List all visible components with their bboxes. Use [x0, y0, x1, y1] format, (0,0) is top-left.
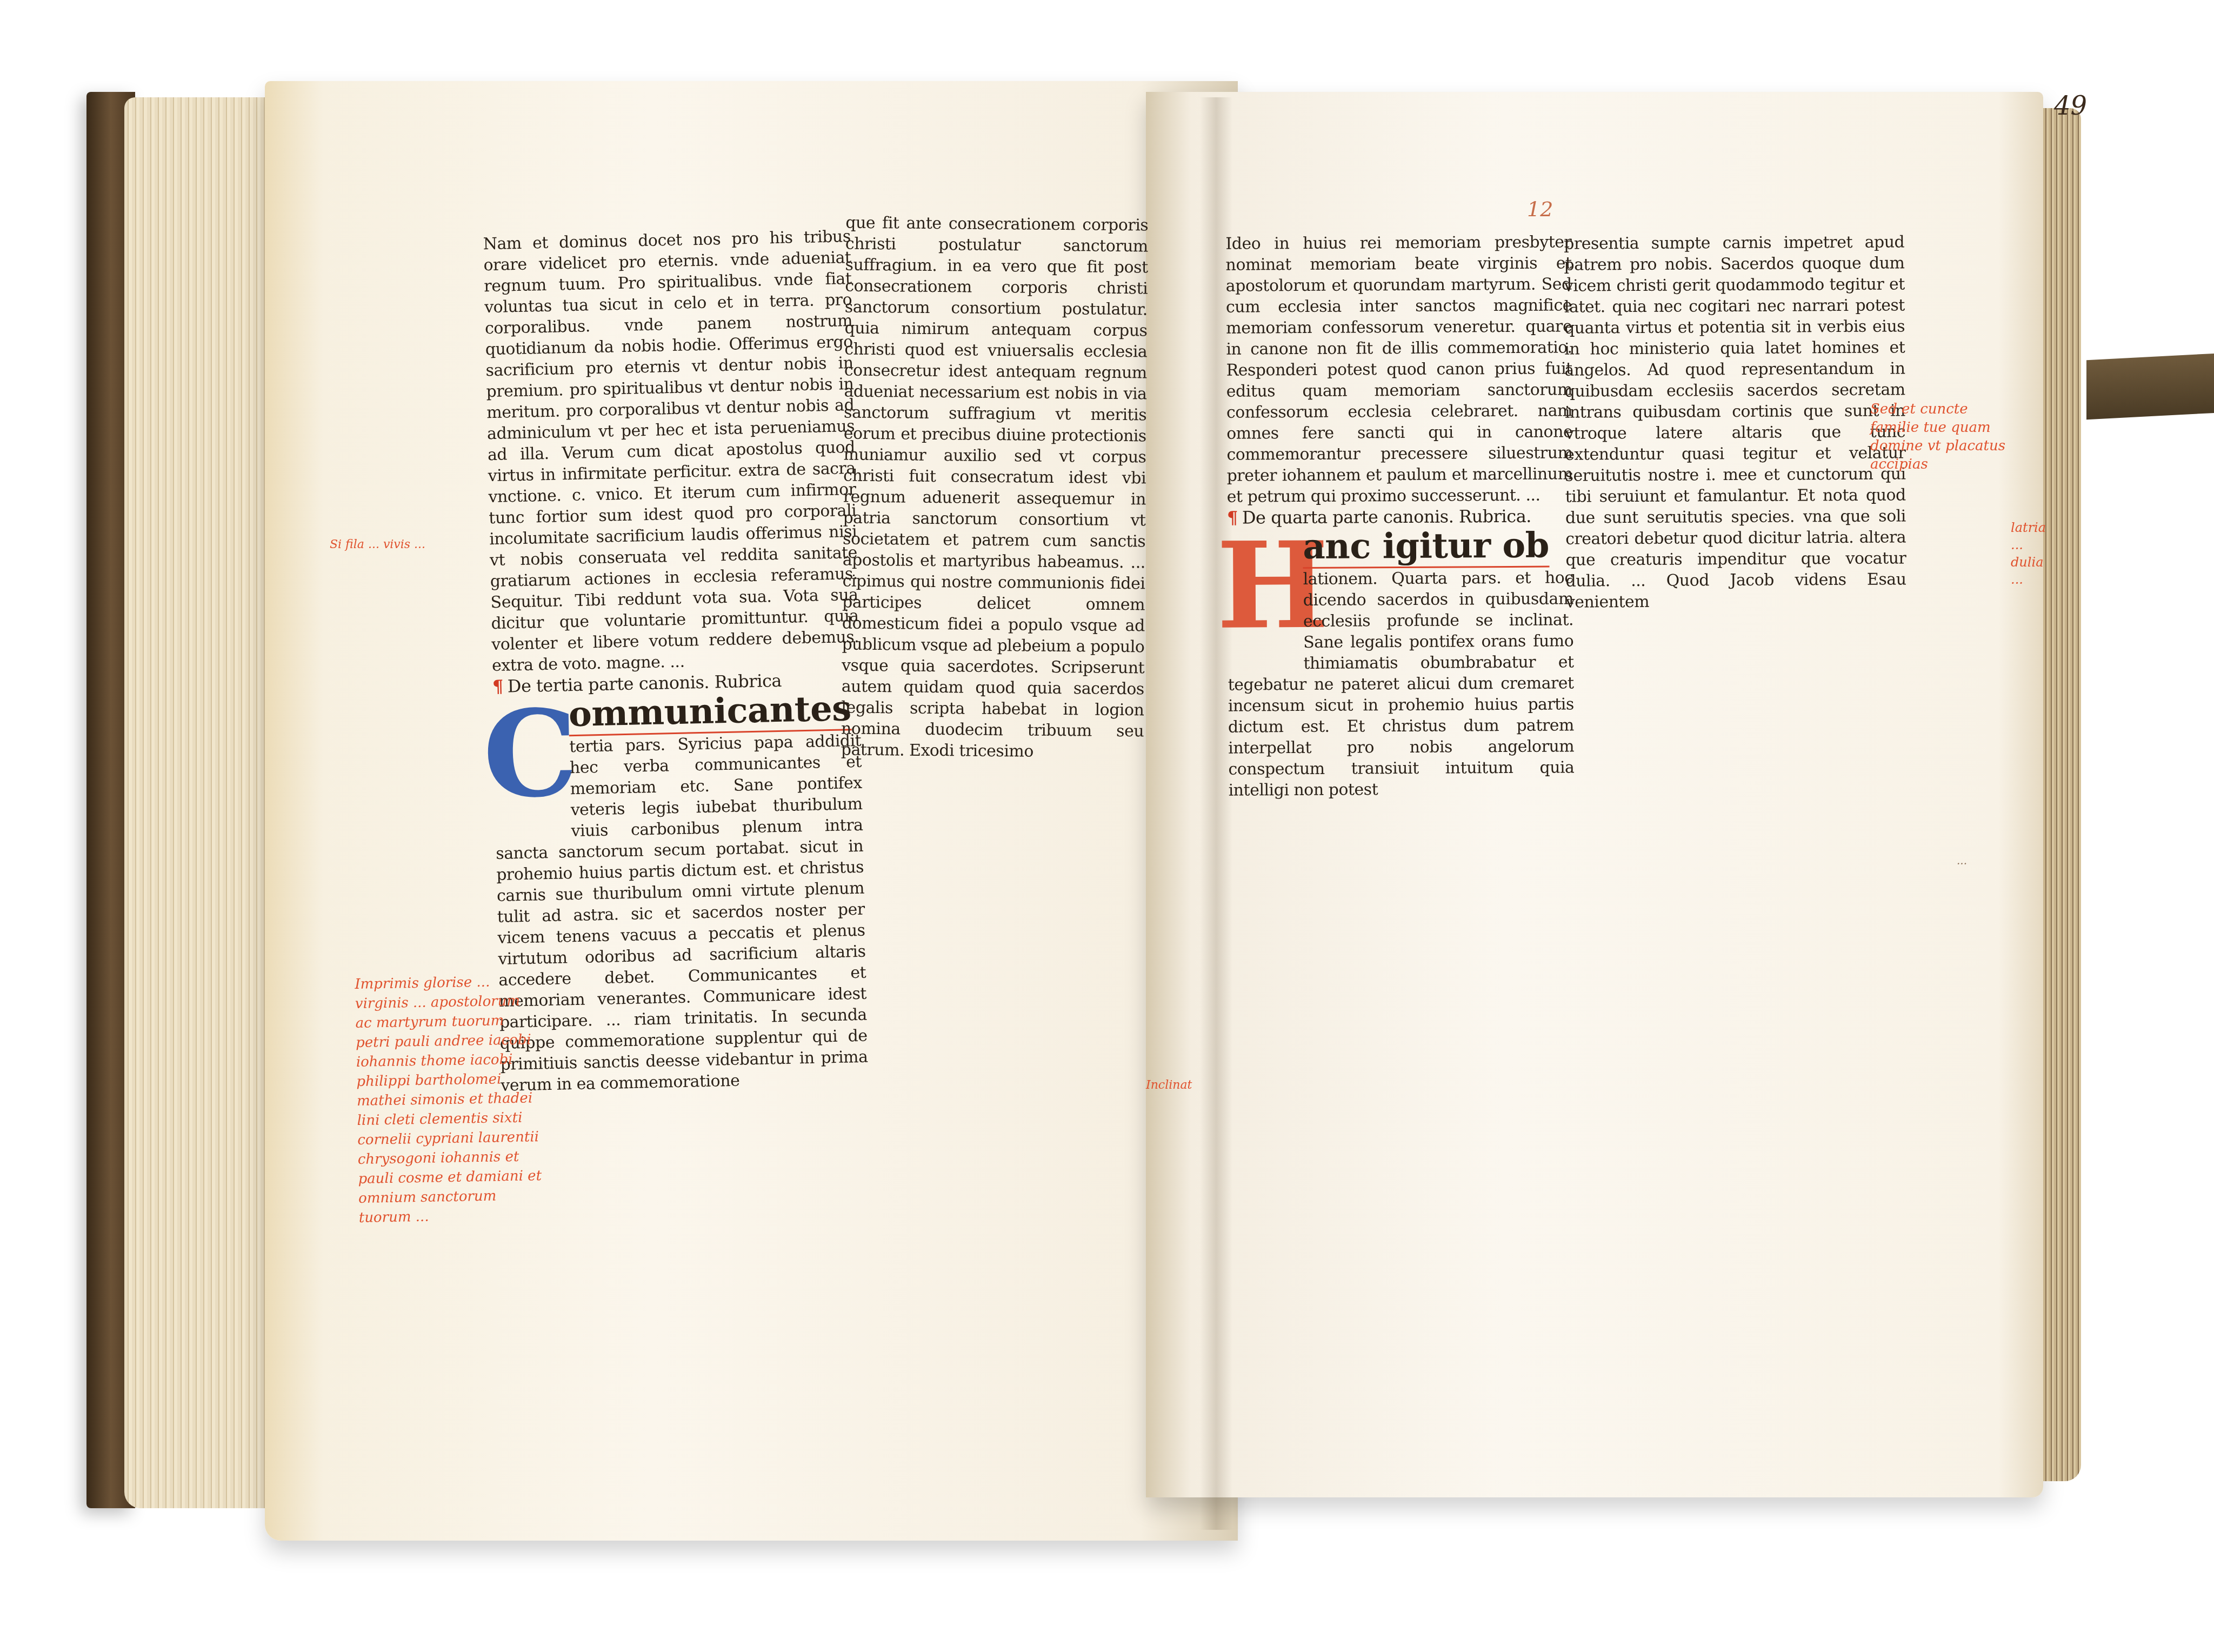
pencil-note: ... [1957, 854, 1967, 867]
column-1: Nam et dominus docet nos pro his tribus … [483, 226, 868, 1096]
incipit-communicantes: ommunicantes [568, 690, 851, 736]
marginal-note-left-short: Si fila ... vivis ... [330, 538, 492, 551]
rubric-text: De quarta parte canonis. Rubrica. [1242, 506, 1531, 528]
marginal-note-right-top: Sed et cuncte familie tue quam domine vt… [1870, 400, 2016, 474]
right-fore-edge [2043, 108, 2081, 1481]
column-2: que fit ante consecrationem corporis chr… [841, 212, 1149, 763]
leather-bookmark-tab [2086, 354, 2214, 420]
paragraph-mark-icon: ¶ [492, 676, 504, 697]
paragraph-mark-icon: ¶ [1227, 508, 1238, 528]
folio-number: 49 [2054, 91, 2087, 121]
column-2-text: que fit ante consecrationem corporis chr… [841, 212, 1149, 763]
column-4-text: presentia sumpte carnis impetret apud pa… [1564, 231, 1906, 612]
marginal-gloss-left: Imprimis glorise ... virginis ... aposto… [355, 971, 543, 1228]
marginal-note-right-middle: latria ... dulia ... [2011, 519, 2049, 588]
column-3: Ideo in huius rei memoriam presbyter nom… [1225, 231, 1574, 801]
incipit-hanc-igitur: anc igitur ob [1303, 527, 1549, 569]
marginal-note-inclinat: Inclinat [1146, 1078, 1192, 1092]
illuminated-initial-h: H [1216, 531, 1298, 656]
signature-mark: 12 [1527, 197, 1553, 221]
column-3-text-top: Ideo in huius rei memoriam presbyter nom… [1225, 231, 1573, 507]
column-4: presentia sumpte carnis impetret apud pa… [1564, 231, 1906, 612]
illuminated-initial-c: C [482, 699, 565, 825]
column-1-text-top: Nam et dominus docet nos pro his tribus … [483, 226, 859, 676]
